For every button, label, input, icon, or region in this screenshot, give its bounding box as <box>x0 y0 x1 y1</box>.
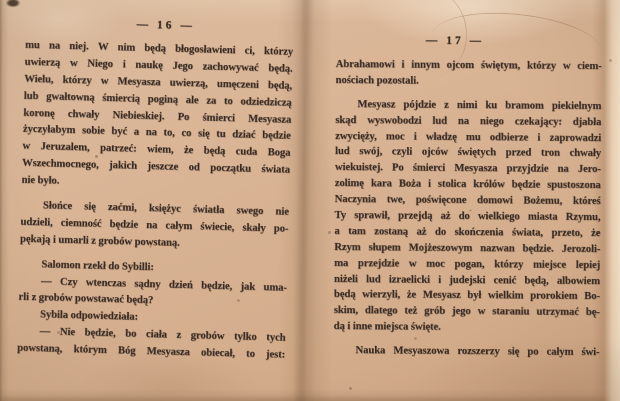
page-number-left: — 16 — <box>32 16 300 35</box>
paper-speckles <box>0 0 1 1</box>
text-line: nościach pozostali. <box>336 73 602 91</box>
gutter-shadow <box>293 0 314 401</box>
page-number-right: — 17 — <box>322 34 588 48</box>
book-scan-spread: — 16 — munaniej.Wnimbędąbłogosławienici,… <box>0 0 620 401</box>
text-line: Abrahamowiiinnymojcomświętym,którzywciem… <box>336 57 602 75</box>
text-line: dą i inne miejsca święte. <box>334 319 600 337</box>
page-right-text-column: Abrahamowiiinnymojcomświętym,którzywciem… <box>333 57 601 361</box>
text-line: NaukaMesyaszowarozszerzysiępocałymświ- <box>333 343 599 361</box>
page-right: — 17 — Abrahamowiiinnymojcomświętym,któr… <box>333 30 602 361</box>
page-left: — 16 — munaniej.Wnimbędąbłogosławienici,… <box>17 12 294 364</box>
page-left-text-column: munaniej.Wnimbędąbłogosławienici,którzyu… <box>17 37 293 364</box>
